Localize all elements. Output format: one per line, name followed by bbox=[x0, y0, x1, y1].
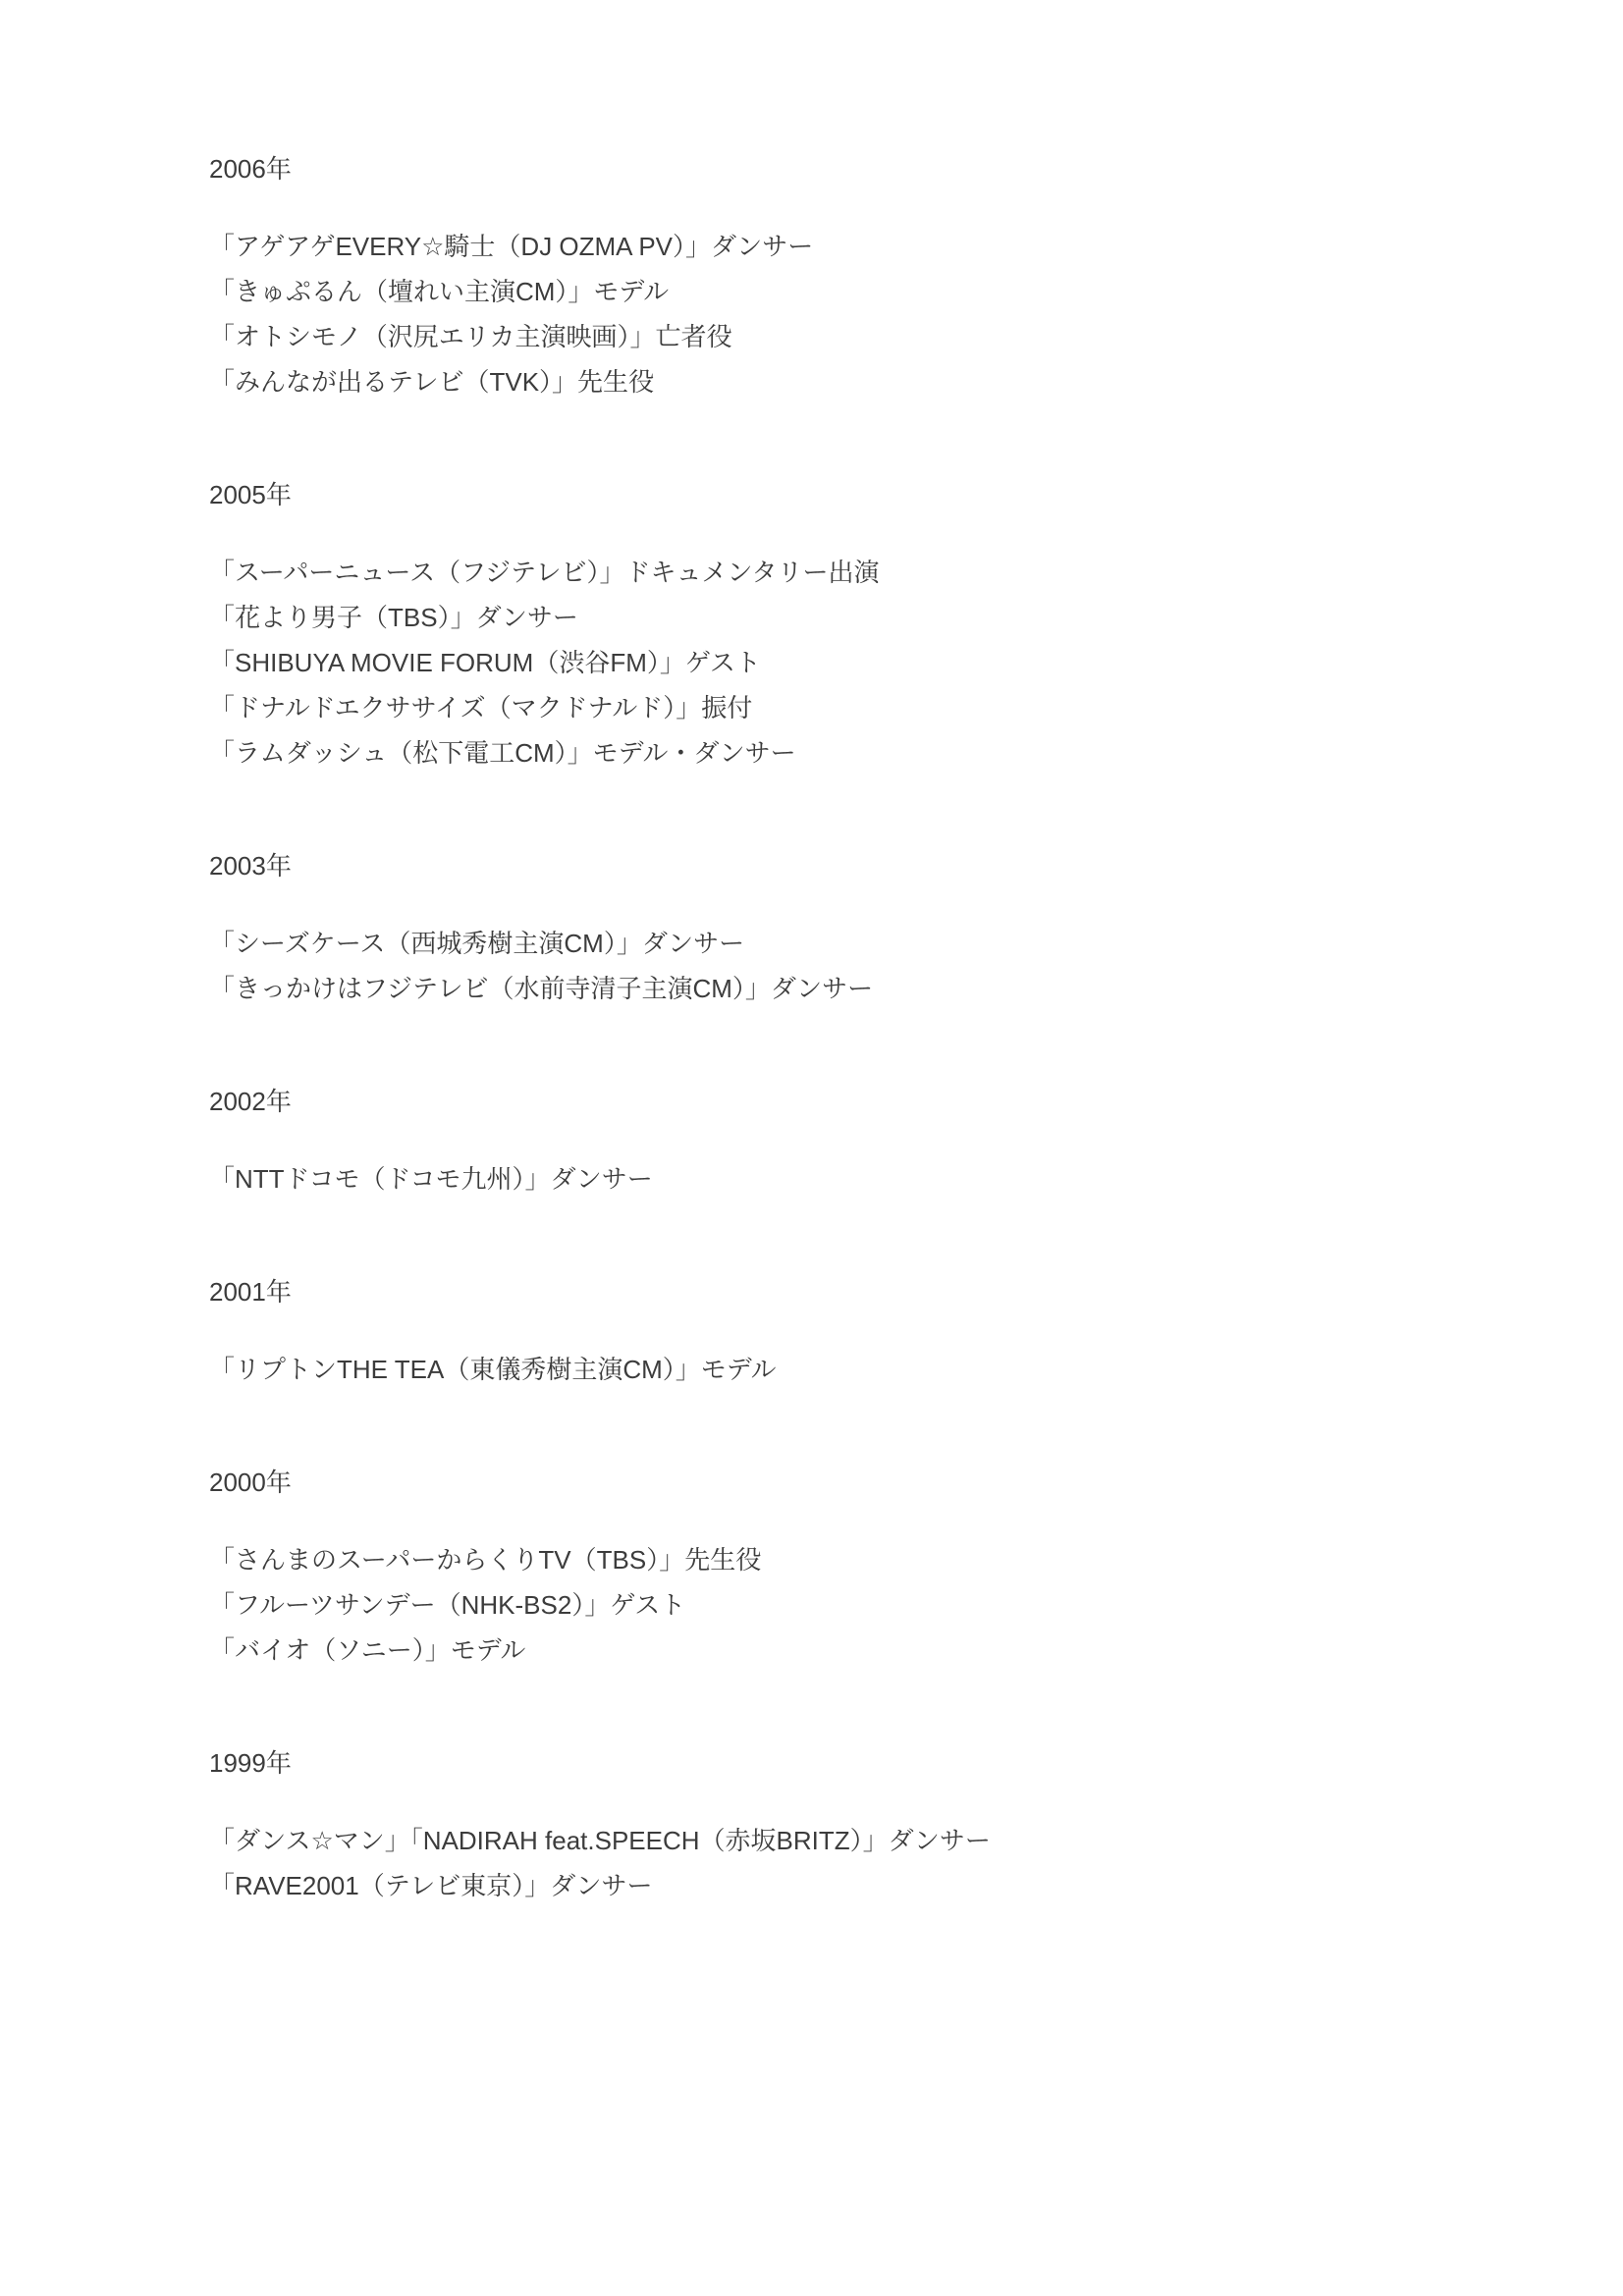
credit-list: 「スーパーニュース（フジテレビ）」ドキュメンタリー出演 「花より男子（TBS）」… bbox=[209, 550, 1505, 775]
year-heading: 2000年 bbox=[209, 1460, 1505, 1505]
year-section: 2006年 「アゲアゲEVERY☆騎士（DJ OZMA PV）」ダンサー 「きゅ… bbox=[209, 146, 1505, 404]
year-section: 2002年 「NTTドコモ（ドコモ九州）」ダンサー bbox=[209, 1079, 1505, 1201]
credit-line: 「シーズケース（西城秀樹主演CM）」ダンサー bbox=[209, 921, 1505, 966]
credit-line: 「リプトンTHE TEA（東儀秀樹主演CM）」モデル bbox=[209, 1347, 1505, 1392]
credit-line: 「RAVE2001（テレビ東京）」ダンサー bbox=[209, 1863, 1505, 1908]
year-heading: 1999年 bbox=[209, 1740, 1505, 1786]
year-section: 2000年 「さんまのスーパーからくりTV（TBS）」先生役 「フルーツサンデー… bbox=[209, 1460, 1505, 1673]
credit-line: 「オトシモノ（沢尻エリカ主演映画）」亡者役 bbox=[209, 314, 1505, 359]
year-heading: 2006年 bbox=[209, 146, 1505, 191]
credit-line: 「SHIBUYA MOVIE FORUM（渋谷FM）」ゲスト bbox=[209, 640, 1505, 685]
credit-list: 「シーズケース（西城秀樹主演CM）」ダンサー 「きっかけはフジテレビ（水前寺清子… bbox=[209, 921, 1505, 1011]
year-heading: 2002年 bbox=[209, 1079, 1505, 1124]
credit-list: 「アゲアゲEVERY☆騎士（DJ OZMA PV）」ダンサー 「きゅぷるん（壇れ… bbox=[209, 224, 1505, 404]
credit-line: 「みんなが出るテレビ（TVK）」先生役 bbox=[209, 359, 1505, 404]
credit-list: 「ダンス☆マン」「NADIRAH feat.SPEECH（赤坂BRITZ）」ダン… bbox=[209, 1818, 1505, 1908]
credit-line: 「スーパーニュース（フジテレビ）」ドキュメンタリー出演 bbox=[209, 550, 1505, 595]
year-section: 2005年 「スーパーニュース（フジテレビ）」ドキュメンタリー出演 「花より男子… bbox=[209, 472, 1505, 775]
sections-container: 2006年 「アゲアゲEVERY☆騎士（DJ OZMA PV）」ダンサー 「きゅ… bbox=[209, 146, 1505, 1908]
year-heading: 2003年 bbox=[209, 843, 1505, 888]
credit-line: 「ドナルドエクササイズ（マクドナルド）」振付 bbox=[209, 685, 1505, 730]
credit-line: 「さんまのスーパーからくりTV（TBS）」先生役 bbox=[209, 1537, 1505, 1582]
career-history-document: 2006年 「アゲアゲEVERY☆騎士（DJ OZMA PV）」ダンサー 「きゅ… bbox=[0, 0, 1623, 2296]
credit-line: 「フルーツサンデー（NHK-BS2）」ゲスト bbox=[209, 1582, 1505, 1628]
credit-line: 「ラムダッシュ（松下電工CM）」モデル・ダンサー bbox=[209, 730, 1505, 775]
credit-line: 「花より男子（TBS）」ダンサー bbox=[209, 595, 1505, 640]
credit-line: 「きゅぷるん（壇れい主演CM）」モデル bbox=[209, 269, 1505, 314]
credit-line: 「NTTドコモ（ドコモ九州）」ダンサー bbox=[209, 1156, 1505, 1201]
year-section: 1999年 「ダンス☆マン」「NADIRAH feat.SPEECH（赤坂BRI… bbox=[209, 1740, 1505, 1908]
year-section: 2001年 「リプトンTHE TEA（東儀秀樹主演CM）」モデル bbox=[209, 1269, 1505, 1392]
credit-line: 「アゲアゲEVERY☆騎士（DJ OZMA PV）」ダンサー bbox=[209, 224, 1505, 269]
credit-line: 「ダンス☆マン」「NADIRAH feat.SPEECH（赤坂BRITZ）」ダン… bbox=[209, 1818, 1505, 1863]
year-heading: 2005年 bbox=[209, 472, 1505, 517]
credit-line: 「バイオ（ソニー）」モデル bbox=[209, 1628, 1505, 1673]
credit-list: 「NTTドコモ（ドコモ九州）」ダンサー bbox=[209, 1156, 1505, 1201]
year-heading: 2001年 bbox=[209, 1269, 1505, 1314]
credit-list: 「リプトンTHE TEA（東儀秀樹主演CM）」モデル bbox=[209, 1347, 1505, 1392]
credit-line: 「きっかけはフジテレビ（水前寺清子主演CM）」ダンサー bbox=[209, 966, 1505, 1011]
credit-list: 「さんまのスーパーからくりTV（TBS）」先生役 「フルーツサンデー（NHK-B… bbox=[209, 1537, 1505, 1673]
year-section: 2003年 「シーズケース（西城秀樹主演CM）」ダンサー 「きっかけはフジテレビ… bbox=[209, 843, 1505, 1011]
